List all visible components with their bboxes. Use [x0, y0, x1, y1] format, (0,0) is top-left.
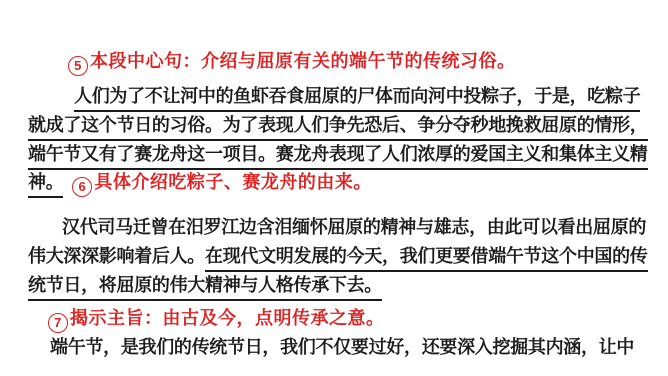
paragraph3-line1: 端午节，是我们的传统节日，我们不仅要过好，还要深入挖掘其内涵，让中 — [50, 336, 634, 358]
circled-number-5-icon: 5 — [68, 56, 88, 76]
paragraph2-line2: 伟大深深影响着后人。在现代文明发展的今天，我们更要借端午节这个中国的传 — [28, 245, 648, 272]
plain-text: 汉代司马迁曾在汨罗江边含泪缅怀屈原的精神与雄志，由此可以看出屈原的 — [62, 217, 646, 237]
underlined-text: 在现代文明发展的今天，我们更要借端午节这个中国的传 — [205, 245, 648, 272]
underlined-text: 神。 — [28, 171, 63, 198]
annotation-5-text: 本段中心句：介绍与屈原有关的端午节的传统习俗。 — [90, 51, 516, 71]
circled-number-7-icon: 7 — [48, 313, 68, 333]
annotation-5: 5本段中心句：介绍与屈原有关的端午节的传统习俗。 — [68, 50, 516, 76]
annotation-6-text: 具体介绍吃粽子、赛龙舟的由来。 — [94, 172, 372, 192]
underlined-text: 就成了这个节日的习俗。为了表现人们争先恐后、争分夺秒地挽救屈原的情形， — [28, 114, 648, 141]
annotation-7-text: 揭示主旨：由古及今，点明传承之意。 — [70, 308, 385, 328]
underlined-text: 人们为了不让河中的鱼虾吞食屈原的尸体而向河中投粽子，于是，吃粽子 — [74, 85, 640, 112]
annotation-6: 6具体介绍吃粽子、赛龙舟的由来。 — [72, 172, 372, 192]
paragraph2-line3: 统节日，将屈原的伟大精神与人格传承下去。 — [28, 274, 382, 301]
paragraph1-line1: 人们为了不让河中的鱼虾吞食屈原的尸体而向河中投粽子，于是，吃粽子 — [74, 85, 640, 112]
circled-number-6-icon: 6 — [72, 177, 92, 197]
plain-text: 伟大深深影响着后人。 — [28, 246, 205, 266]
paragraph2-line1: 汉代司马迁曾在汨罗江边含泪缅怀屈原的精神与雄志，由此可以看出屈原的 — [62, 216, 646, 238]
paragraph1-line4: 神。6具体介绍吃粽子、赛龙舟的由来。 — [28, 171, 372, 198]
document-page: 5本段中心句：介绍与屈原有关的端午节的传统习俗。 人们为了不让河中的鱼虾吞食屈原… — [0, 0, 668, 376]
paragraph1-line3: 端午节又有了赛龙舟这一项目。赛龙舟表现了人们浓厚的爱国主义和集体主义精 — [28, 143, 648, 170]
plain-text: 端午节，是我们的传统节日，我们不仅要过好，还要深入挖掘其内涵，让中 — [50, 337, 634, 357]
paragraph1-line2: 就成了这个节日的习俗。为了表现人们争先恐后、争分夺秒地挽救屈原的情形， — [28, 114, 648, 141]
underlined-text: 统节日，将屈原的伟大精神与人格传承下去。 — [28, 274, 382, 301]
underlined-text: 端午节又有了赛龙舟这一项目。赛龙舟表现了人们浓厚的爱国主义和集体主义精 — [28, 143, 648, 170]
annotation-7: 7揭示主旨：由古及今，点明传承之意。 — [48, 307, 385, 333]
